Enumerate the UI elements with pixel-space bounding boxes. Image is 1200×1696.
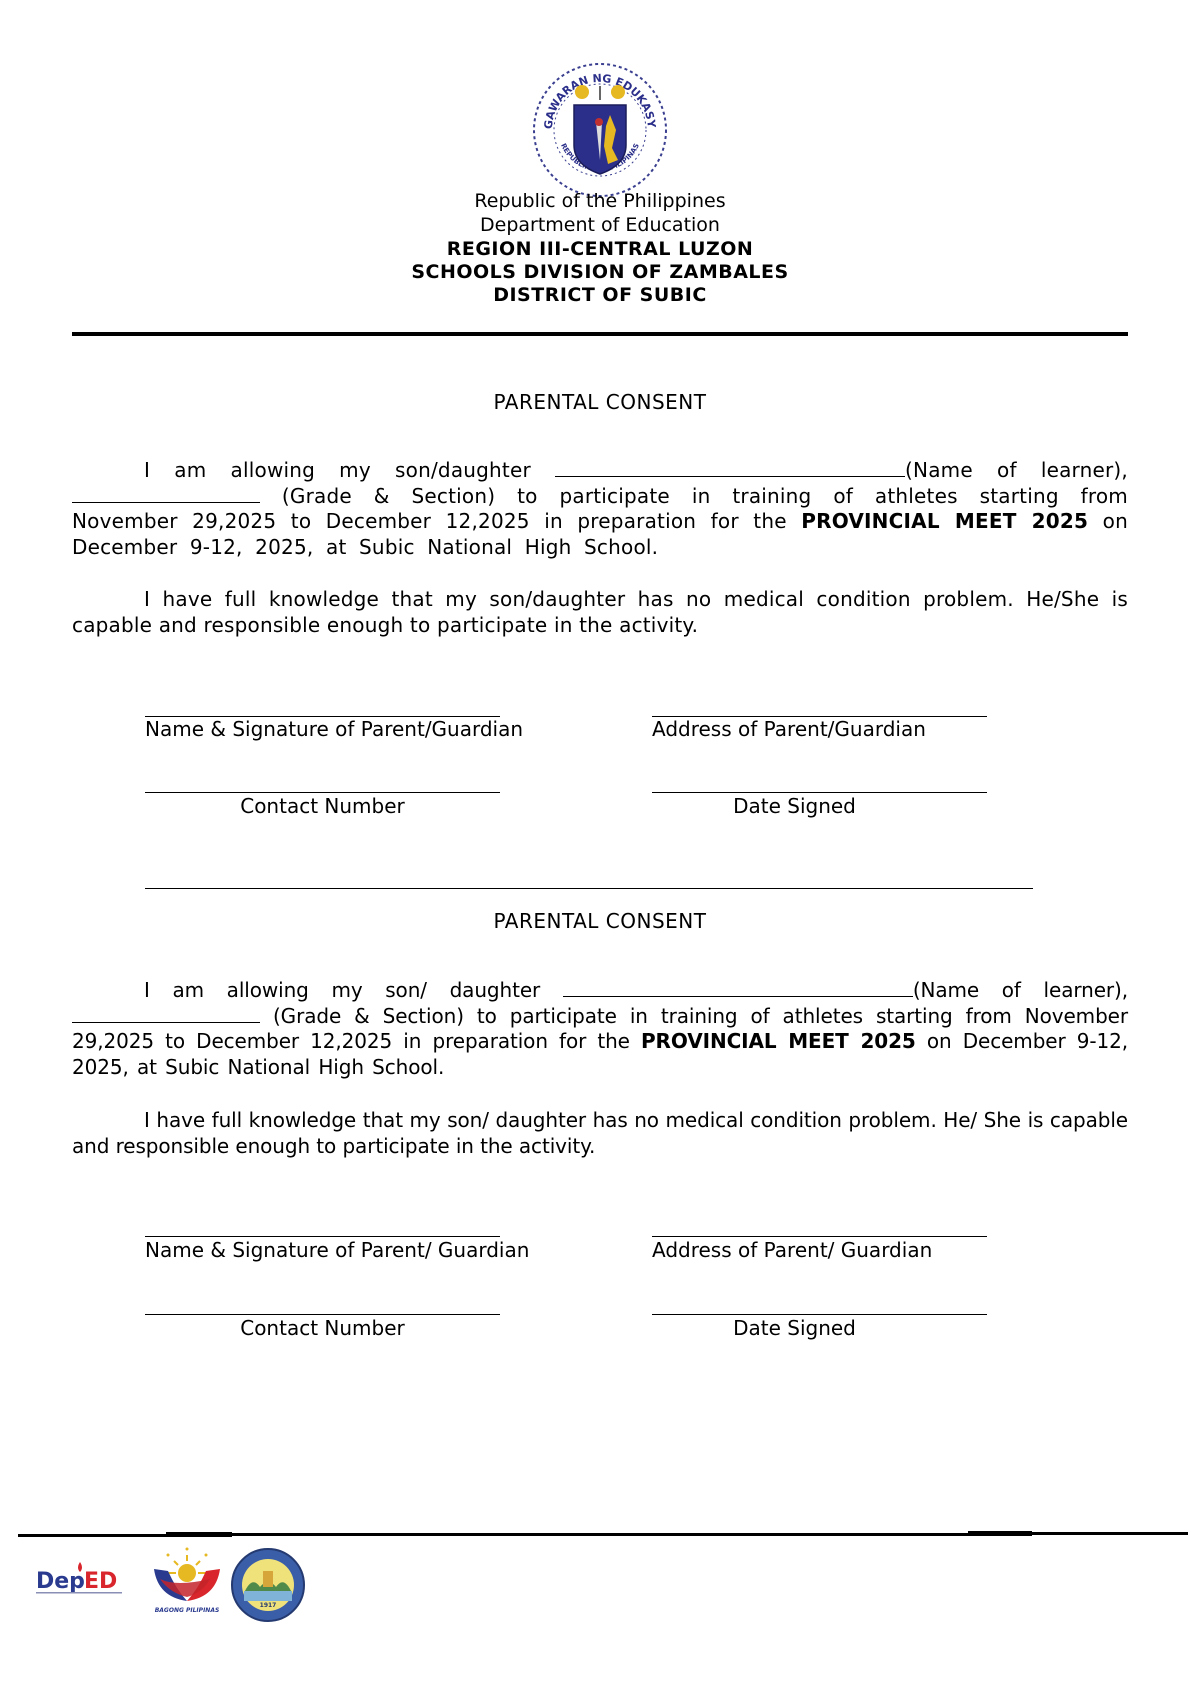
grade-section-field[interactable] bbox=[72, 1004, 260, 1023]
knowledge-paragraph-2: I have full knowledge that my son/ daugh… bbox=[72, 1108, 1128, 1159]
footer-rule bbox=[1030, 1532, 1188, 1535]
footer-rule bbox=[968, 1531, 1032, 1536]
date-line[interactable] bbox=[652, 1314, 987, 1315]
address-label: Address of Parent/ Guardian bbox=[652, 1238, 932, 1262]
signature-label: Name & Signature of Parent/Guardian bbox=[145, 717, 523, 741]
contact-label: Contact Number bbox=[145, 1316, 500, 1340]
contact-line[interactable] bbox=[145, 792, 500, 793]
grade-section-field[interactable] bbox=[72, 484, 260, 503]
form-title-2: PARENTAL CONSENT bbox=[0, 909, 1200, 933]
contact-label: Contact Number bbox=[145, 794, 500, 818]
cut-divider bbox=[145, 888, 1033, 889]
consent-paragraph-1: I am allowing my son/daughter (Name of l… bbox=[72, 458, 1128, 560]
learner-name-field[interactable] bbox=[563, 978, 913, 997]
address-line[interactable] bbox=[652, 1236, 987, 1237]
learner-name-field[interactable] bbox=[555, 458, 905, 477]
signature-label: Name & Signature of Parent/ Guardian bbox=[145, 1238, 529, 1262]
form-title-1: PARENTAL CONSENT bbox=[0, 390, 1200, 414]
header-republic: Republic of the Philippines bbox=[0, 190, 1200, 213]
district-seal-icon: 1917 bbox=[230, 1547, 306, 1623]
footer-rule bbox=[166, 1532, 232, 1537]
date-label: Date Signed bbox=[652, 794, 937, 818]
signature-line[interactable] bbox=[145, 1236, 500, 1237]
contact-line[interactable] bbox=[145, 1314, 500, 1315]
footer-rule bbox=[230, 1533, 970, 1536]
header-department: Department of Education bbox=[0, 214, 1200, 237]
header-division: SCHOOLS DIVISION OF ZAMBALES bbox=[0, 261, 1200, 284]
address-label: Address of Parent/Guardian bbox=[652, 717, 926, 741]
header-region: REGION III-CENTRAL LUZON bbox=[0, 238, 1200, 261]
consent-paragraph-2: I am allowing my son/ daughter (Name of … bbox=[72, 978, 1128, 1080]
svg-text:ED: ED bbox=[84, 1569, 117, 1594]
deped-logo-icon: Dep ED bbox=[36, 1558, 126, 1598]
svg-text:BAGONG PILIPINAS: BAGONG PILIPINAS bbox=[155, 1607, 220, 1614]
date-line[interactable] bbox=[652, 792, 987, 793]
svg-text:1917: 1917 bbox=[260, 1602, 277, 1609]
header-rule bbox=[72, 332, 1128, 336]
footer-rule bbox=[18, 1534, 168, 1537]
svg-text:Dep: Dep bbox=[36, 1569, 85, 1594]
knowledge-paragraph-1: I have full knowledge that my son/daught… bbox=[72, 587, 1128, 638]
deped-seal-icon: KAGAWARAN NG EDUKASYON REPUBLIKA NG PILI… bbox=[530, 60, 670, 200]
date-label: Date Signed bbox=[652, 1316, 937, 1340]
bagong-pilipinas-logo-icon: BAGONG PILIPINAS bbox=[146, 1545, 228, 1615]
header-district: DISTRICT OF SUBIC bbox=[0, 284, 1200, 307]
